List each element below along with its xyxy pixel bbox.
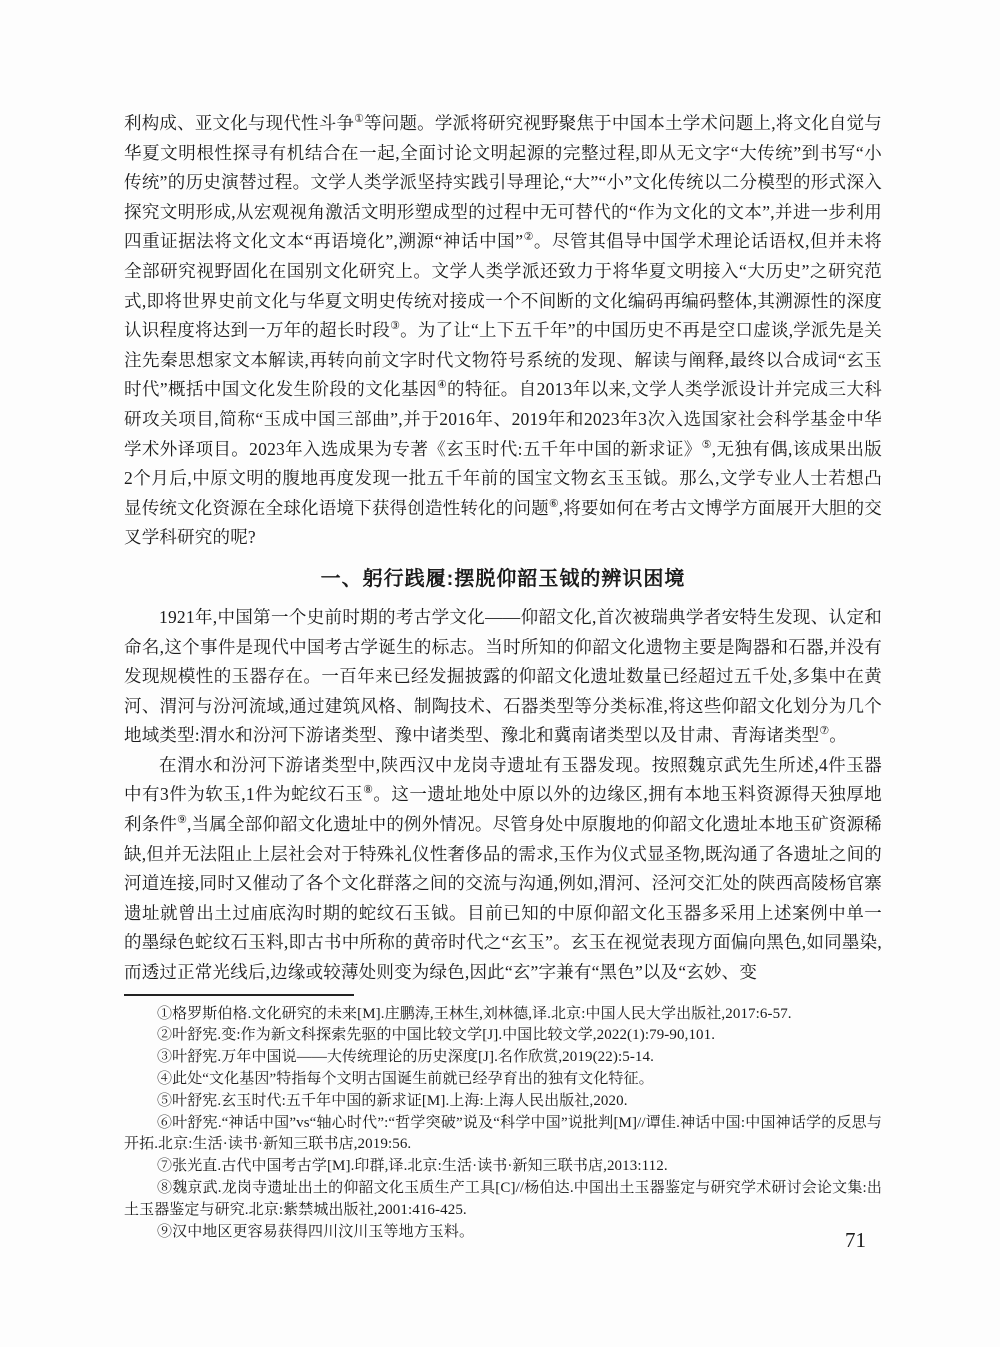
footnote-ref-icon: ② bbox=[523, 232, 534, 244]
paragraph-continuation: 利构成、亚文化与现代性斗争①等问题。学派将研究视野聚焦于中国本土学术问题上,将文… bbox=[124, 109, 882, 553]
footnote-ref-icon: ⑥ bbox=[549, 498, 559, 510]
document-page: 利构成、亚文化与现代性斗争①等问题。学派将研究视野聚焦于中国本土学术问题上,将文… bbox=[0, 0, 1000, 1347]
paragraph-weishui-types: 在渭水和汾河下游诸类型中,陕西汉中龙岗寺遗址有玉器发现。按照魏京武先生所述,4件… bbox=[124, 751, 882, 988]
footnote-ref-icon: ⑧ bbox=[363, 785, 373, 797]
footnote-item: ②叶舒宪.变:作为新文科探索先驱的中国比较文学[J].中国比较文学,2022(1… bbox=[124, 1025, 882, 1047]
footnotes-section: ①格罗斯伯格.文化研究的未来[M].庄鹏涛,王林生,刘林德,译.北京:中国人民大… bbox=[124, 994, 882, 1244]
footnote-item: ⑥叶舒宪.“神话中国”vs“轴心时代”:“哲学突破”说及“科学中国”说批判[M]… bbox=[124, 1113, 882, 1157]
footnote-item: ⑧魏京武.龙岗寺遗址出土的仰韶文化玉质生产工具[C]//杨伯达.中国出土玉器鉴定… bbox=[124, 1178, 882, 1222]
paragraph-yangshao-intro: 1921年,中国第一个史前时期的考古学文化——仰韶文化,首次被瑞典学者安特生发现… bbox=[124, 603, 882, 751]
footnote-item: ③叶舒宪.万年中国说——大传统理论的历史深度[J].名作欣赏,2019(22):… bbox=[124, 1047, 882, 1069]
footnote-ref-icon: ⑤ bbox=[702, 439, 712, 451]
footnote-ref-icon: ④ bbox=[437, 380, 447, 392]
footnote-ref-icon: ⑨ bbox=[177, 814, 187, 826]
page-number: 71 bbox=[124, 1228, 882, 1253]
footnote-list: ①格罗斯伯格.文化研究的未来[M].庄鹏涛,王林生,刘林德,译.北京:中国人民大… bbox=[124, 1004, 882, 1244]
footnote-item: ①格罗斯伯格.文化研究的未来[M].庄鹏涛,王林生,刘林德,译.北京:中国人民大… bbox=[124, 1004, 882, 1026]
footnote-ref-icon: ① bbox=[354, 113, 364, 125]
footnote-item: ④此处“文化基因”特指每个文明古国诞生前就已经孕育出的独有文化特征。 bbox=[124, 1069, 882, 1091]
section-heading: 一、躬行践履:摆脱仰韶玉钺的辨识困境 bbox=[124, 565, 882, 593]
footnote-ref-icon: ⑦ bbox=[819, 725, 829, 737]
footnote-ref-icon: ③ bbox=[390, 320, 400, 332]
footnote-item: ⑤叶舒宪.玄玉时代:五千年中国的新求证[M].上海:上海人民出版社,2020. bbox=[124, 1091, 882, 1113]
article-body: 利构成、亚文化与现代性斗争①等问题。学派将研究视野聚焦于中国本土学术问题上,将文… bbox=[124, 109, 882, 1243]
footnote-item: ⑦张光直.古代中国考古学[M].印群,译.北京:生活·读书·新知三联书店,201… bbox=[124, 1156, 882, 1178]
footnote-separator bbox=[124, 994, 354, 996]
